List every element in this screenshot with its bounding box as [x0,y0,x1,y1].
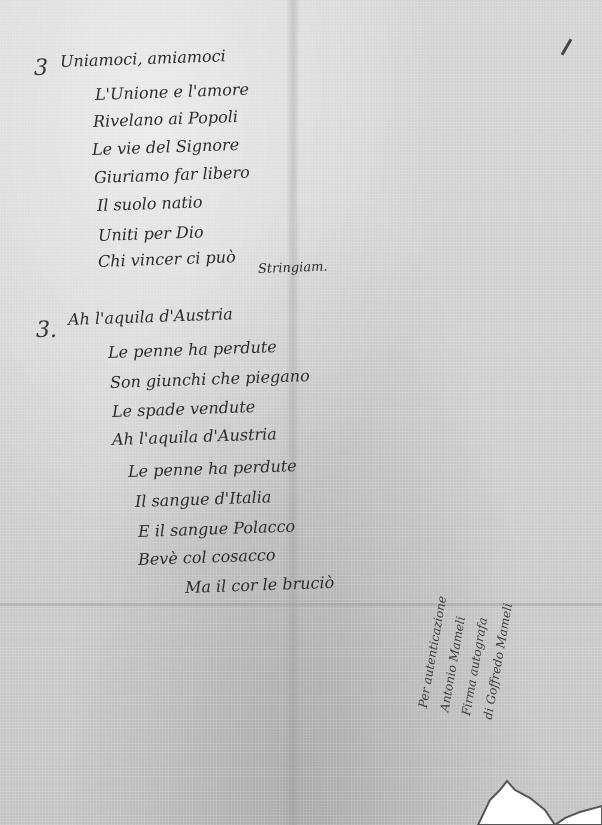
stanza-1-line-6: Il suolo natio [97,192,203,215]
stanza-1-line-7: Uniti per Dio [98,222,204,245]
manuscript-page: 3 Uniamoci, amiamoci L'Unione e l'amore … [0,0,602,825]
stanza-1-refrain: Stringiam. [258,260,328,277]
stanza-1-number: 3 [34,56,48,81]
vertical-fold-line [286,0,300,825]
stanza-2-number: 3. [36,318,57,343]
